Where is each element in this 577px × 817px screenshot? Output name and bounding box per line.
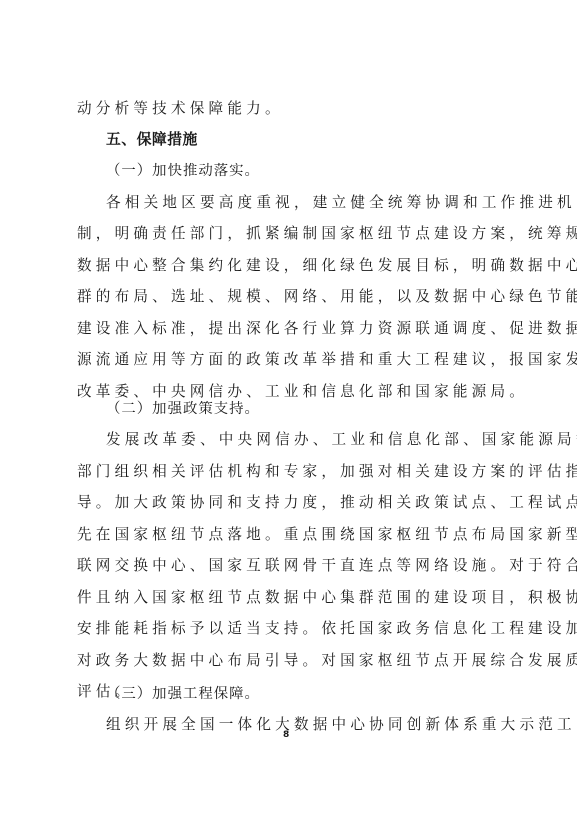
- paragraph-line: 联网交换中心、国家互联网骨干直连点等网络设施。对于符合条: [77, 556, 505, 576]
- subsection-heading: （二）加强政策支持。: [106, 399, 505, 419]
- paragraph-line: 部门组织相关评估机构和专家，加强对相关建设方案的评估指: [77, 462, 505, 482]
- paragraph-line: 数据中心整合集约化建设，细化绿色发展目标，明确数据中心集: [77, 256, 505, 276]
- subsection-heading: （一）加快推动落实。: [106, 161, 505, 181]
- paragraph-line: 制，明确责任部门，抓紧编制国家枢纽节点建设方案，统筹规划: [77, 224, 505, 244]
- document-page: 动分析等技术保障能力。 五、保障措施 （一）加快推动落实。 各相关地区要高度重视…: [0, 0, 577, 817]
- paragraph-line: 导。加大政策协同和支持力度，推动相关政策试点、工程试点优: [77, 493, 505, 513]
- paragraph-line: 件且纳入国家枢纽节点数据中心集群范围的建设项目，积极协调: [77, 588, 505, 608]
- paragraph-line: 发展改革委、中央网信办、工业和信息化部、国家能源局等: [106, 430, 505, 450]
- paragraph-line: 对政务大数据中心布局引导。对国家枢纽节点开展综合发展质量: [77, 651, 505, 671]
- paragraph-line: 各相关地区要高度重视，建立健全统筹协调和工作推进机: [106, 193, 505, 213]
- subsection-heading: （三）加强工程保障。: [106, 684, 505, 704]
- paragraph-line: 建设准入标准，提出深化各行业算力资源联通调度、促进数据资: [77, 319, 505, 339]
- section-heading: 五、保障措施: [106, 130, 505, 150]
- paragraph-line: 先在国家枢纽节点落地。重点围绕国家枢纽节点布局国家新型互: [77, 525, 505, 545]
- paragraph-line: 组织开展全国一体化大数据中心协同创新体系重大示范工: [106, 715, 505, 735]
- paragraph-line: 安排能耗指标予以适当支持。依托国家政务信息化工程建设加强: [77, 619, 505, 639]
- paragraph-line: 源流通应用等方面的政策改革举措和重大工程建议，报国家发展: [77, 350, 505, 370]
- paragraph-line: 动分析等技术保障能力。: [77, 99, 505, 119]
- page-number: 8: [283, 730, 289, 740]
- paragraph-line: 群的布局、选址、规模、网络、用能，以及数据中心绿色节能等: [77, 287, 505, 307]
